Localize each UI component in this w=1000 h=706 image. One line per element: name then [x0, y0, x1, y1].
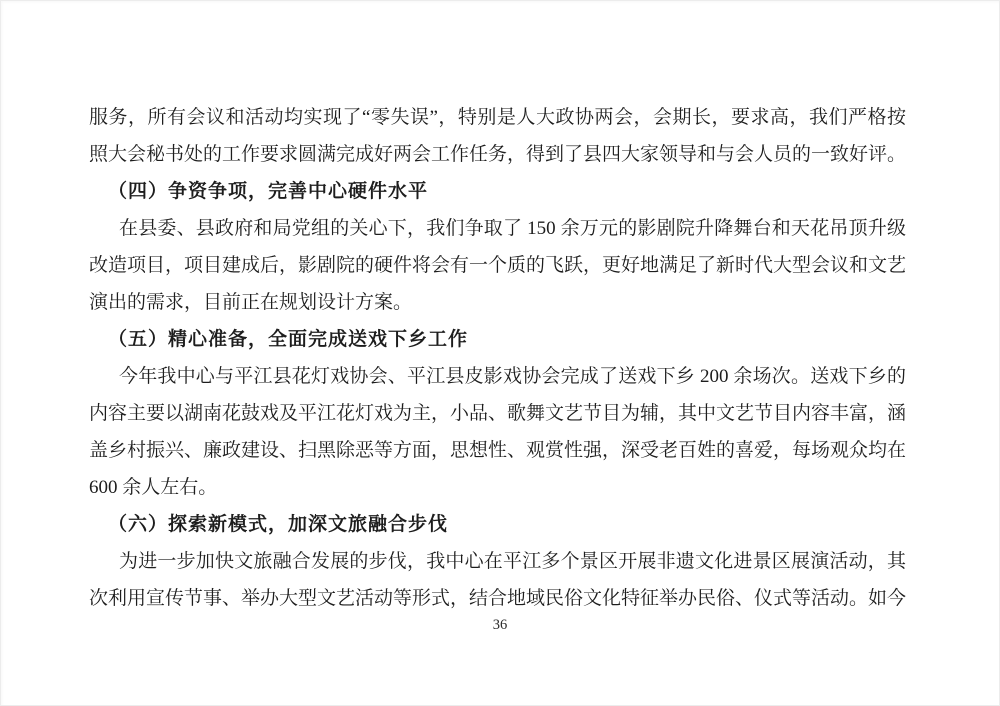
- text-line: 在县委、县政府和局党组的关心下，我们争取了 150 余万元的影剧院升降舞台和天花…: [89, 210, 906, 247]
- document-body: 服务，所有会议和活动均实现了“零失误”，特别是人大政协两会，会期长，要求高，我们…: [89, 99, 906, 617]
- text-line: 内容主要以湖南花鼓戏及平江花灯戏为主，小品、歌舞文艺节目为辅，其中文艺节目内容丰…: [89, 395, 906, 432]
- page-footer: 36: [0, 616, 1000, 634]
- text-line: 盖乡村振兴、廉政建设、扫黑除恶等方面，思想性、观赏性强，深受老百姓的喜爱，每场观…: [89, 432, 906, 469]
- text-line: 演出的需求，目前正在规划设计方案。: [89, 284, 906, 321]
- section-heading: （四）争资争项，完善中心硬件水平: [89, 173, 906, 210]
- text-line: 改造项目，项目建成后，影剧院的硬件将会有一个质的飞跃，更好地满足了新时代大型会议…: [89, 247, 906, 284]
- page-number: 36: [493, 617, 508, 633]
- text-line: 今年我中心与平江县花灯戏协会、平江县皮影戏协会完成了送戏下乡 200 余场次。送…: [89, 358, 906, 395]
- text-line: 服务，所有会议和活动均实现了“零失误”，特别是人大政协两会，会期长，要求高，我们…: [89, 99, 906, 136]
- text-line: 照大会秘书处的工作要求圆满完成好两会工作任务，得到了县四大家领导和与会人员的一致…: [89, 136, 906, 173]
- text-line: 600 余人左右。: [89, 469, 906, 506]
- section-heading: （五）精心准备，全面完成送戏下乡工作: [89, 321, 906, 358]
- text-line: 次利用宣传节事、举办大型文艺活动等形式，结合地域民俗文化特征举办民俗、仪式等活动…: [89, 580, 906, 617]
- document-page: 服务，所有会议和活动均实现了“零失误”，特别是人大政协两会，会期长，要求高，我们…: [0, 0, 1000, 706]
- text-line: 为进一步加快文旅融合发展的步伐，我中心在平江多个景区开展非遗文化进景区展演活动，…: [89, 543, 906, 580]
- section-heading: （六）探索新模式，加深文旅融合步伐: [89, 506, 906, 543]
